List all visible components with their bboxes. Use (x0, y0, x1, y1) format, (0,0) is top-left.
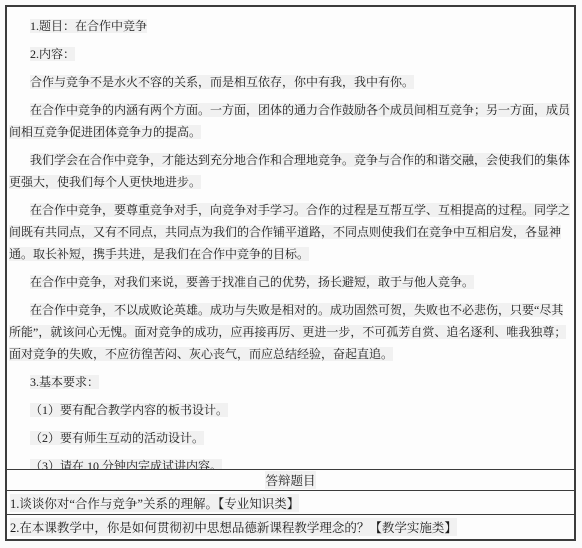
defense-question-row: 2.在本课教学中，你是如何贯彻初中思想品德新课程教学理念的？【教学实施类】 (7, 514, 574, 539)
content-paragraph: 合作与竞争不是水火不容的关系，而是相互依存，你中有我，我中有你。 (9, 71, 572, 93)
content-paragraph: 在合作中竞争，不以成败论英雄。成功与失败是相对的。成功固然可贺，失败也不必悲伤，… (9, 299, 572, 365)
trial-lecture-section: 1.题目：在合作中竞争 2.内容： 合作与竞争不是水火不容的关系，而是相互依存，… (7, 7, 574, 469)
content-paragraph: 我们学会在合作中竞争，才能达到充分地合作和合理地竞争。竞争与合作的和谐交融，会使… (9, 149, 572, 193)
task-title-line: 1.题目：在合作中竞争 (9, 15, 572, 37)
interview-question-card: 1.题目：在合作中竞争 2.内容： 合作与竞争不是水火不容的关系，而是相互依存，… (5, 5, 576, 541)
defense-question-2: 2.在本课教学中，你是如何贯彻初中思想品德新课程教学理念的？【教学实施类】 (10, 518, 457, 536)
defense-header-label: 答辩题目 (265, 471, 315, 489)
defense-question-row: 1.谈谈你对“合作与竞争”关系的理解。【专业知识类】 (7, 490, 574, 514)
task-title-text: 1.题目：在合作中竞争 (30, 19, 147, 33)
requirement-item: （2）要有师生互动的活动设计。 (9, 427, 572, 449)
defense-header-row: 答辩题目 (7, 469, 574, 490)
content-label-text: 2.内容： (30, 47, 75, 61)
requirement-item: （1）要有配合教学内容的板书设计。 (9, 399, 572, 421)
content-paragraph-text: 我们学会在合作中竞争，才能达到充分地合作和合理地竞争。竞争与合作的和谐交融，会使… (9, 153, 570, 189)
requirement-item: （3）请在 10 分钟内完成试讲内容。 (9, 455, 572, 469)
requirements-label-text: 3.基本要求： (30, 375, 99, 389)
requirements-label: 3.基本要求： (9, 371, 572, 393)
content-paragraph: 在合作中竞争的内涵有两个方面。一方面，团体的通力合作鼓励各个成员间相互竞争；另一… (9, 99, 572, 143)
requirement-item-text: （3）请在 10 分钟内完成试讲内容。 (30, 459, 222, 469)
content-paragraph-text: 在合作中竞争，不以成败论英雄。成功与失败是相对的。成功固然可贺，失败也不必悲伤，… (9, 303, 566, 361)
content-paragraph-text: 在合作中竞争，对我们来说，要善于找准自己的优势，扬长避短，敢于与他人竞争。 (30, 275, 474, 289)
content-paragraph-text: 合作与竞争不是水火不容的关系，而是相互依存，你中有我，我中有你。 (30, 75, 414, 89)
content-label: 2.内容： (9, 43, 572, 65)
defense-question-1: 1.谈谈你对“合作与竞争”关系的理解。【专业知识类】 (10, 494, 299, 512)
content-paragraph-text: 在合作中竞争的内涵有两个方面。一方面，团体的通力合作鼓励各个成员间相互竞争；另一… (9, 103, 570, 139)
content-paragraph-text: 在合作中竞争，要尊重竞争对手，向竞争对手学习。合作的过程是互帮互学、互相提高的过… (9, 203, 570, 261)
content-paragraph: 在合作中竞争，对我们来说，要善于找准自己的优势，扬长避短，敢于与他人竞争。 (9, 271, 572, 293)
content-paragraph: 在合作中竞争，要尊重竞争对手，向竞争对手学习。合作的过程是互帮互学、互相提高的过… (9, 199, 572, 265)
requirement-item-text: （1）要有配合教学内容的板书设计。 (30, 403, 228, 417)
requirement-item-text: （2）要有师生互动的活动设计。 (30, 431, 204, 445)
